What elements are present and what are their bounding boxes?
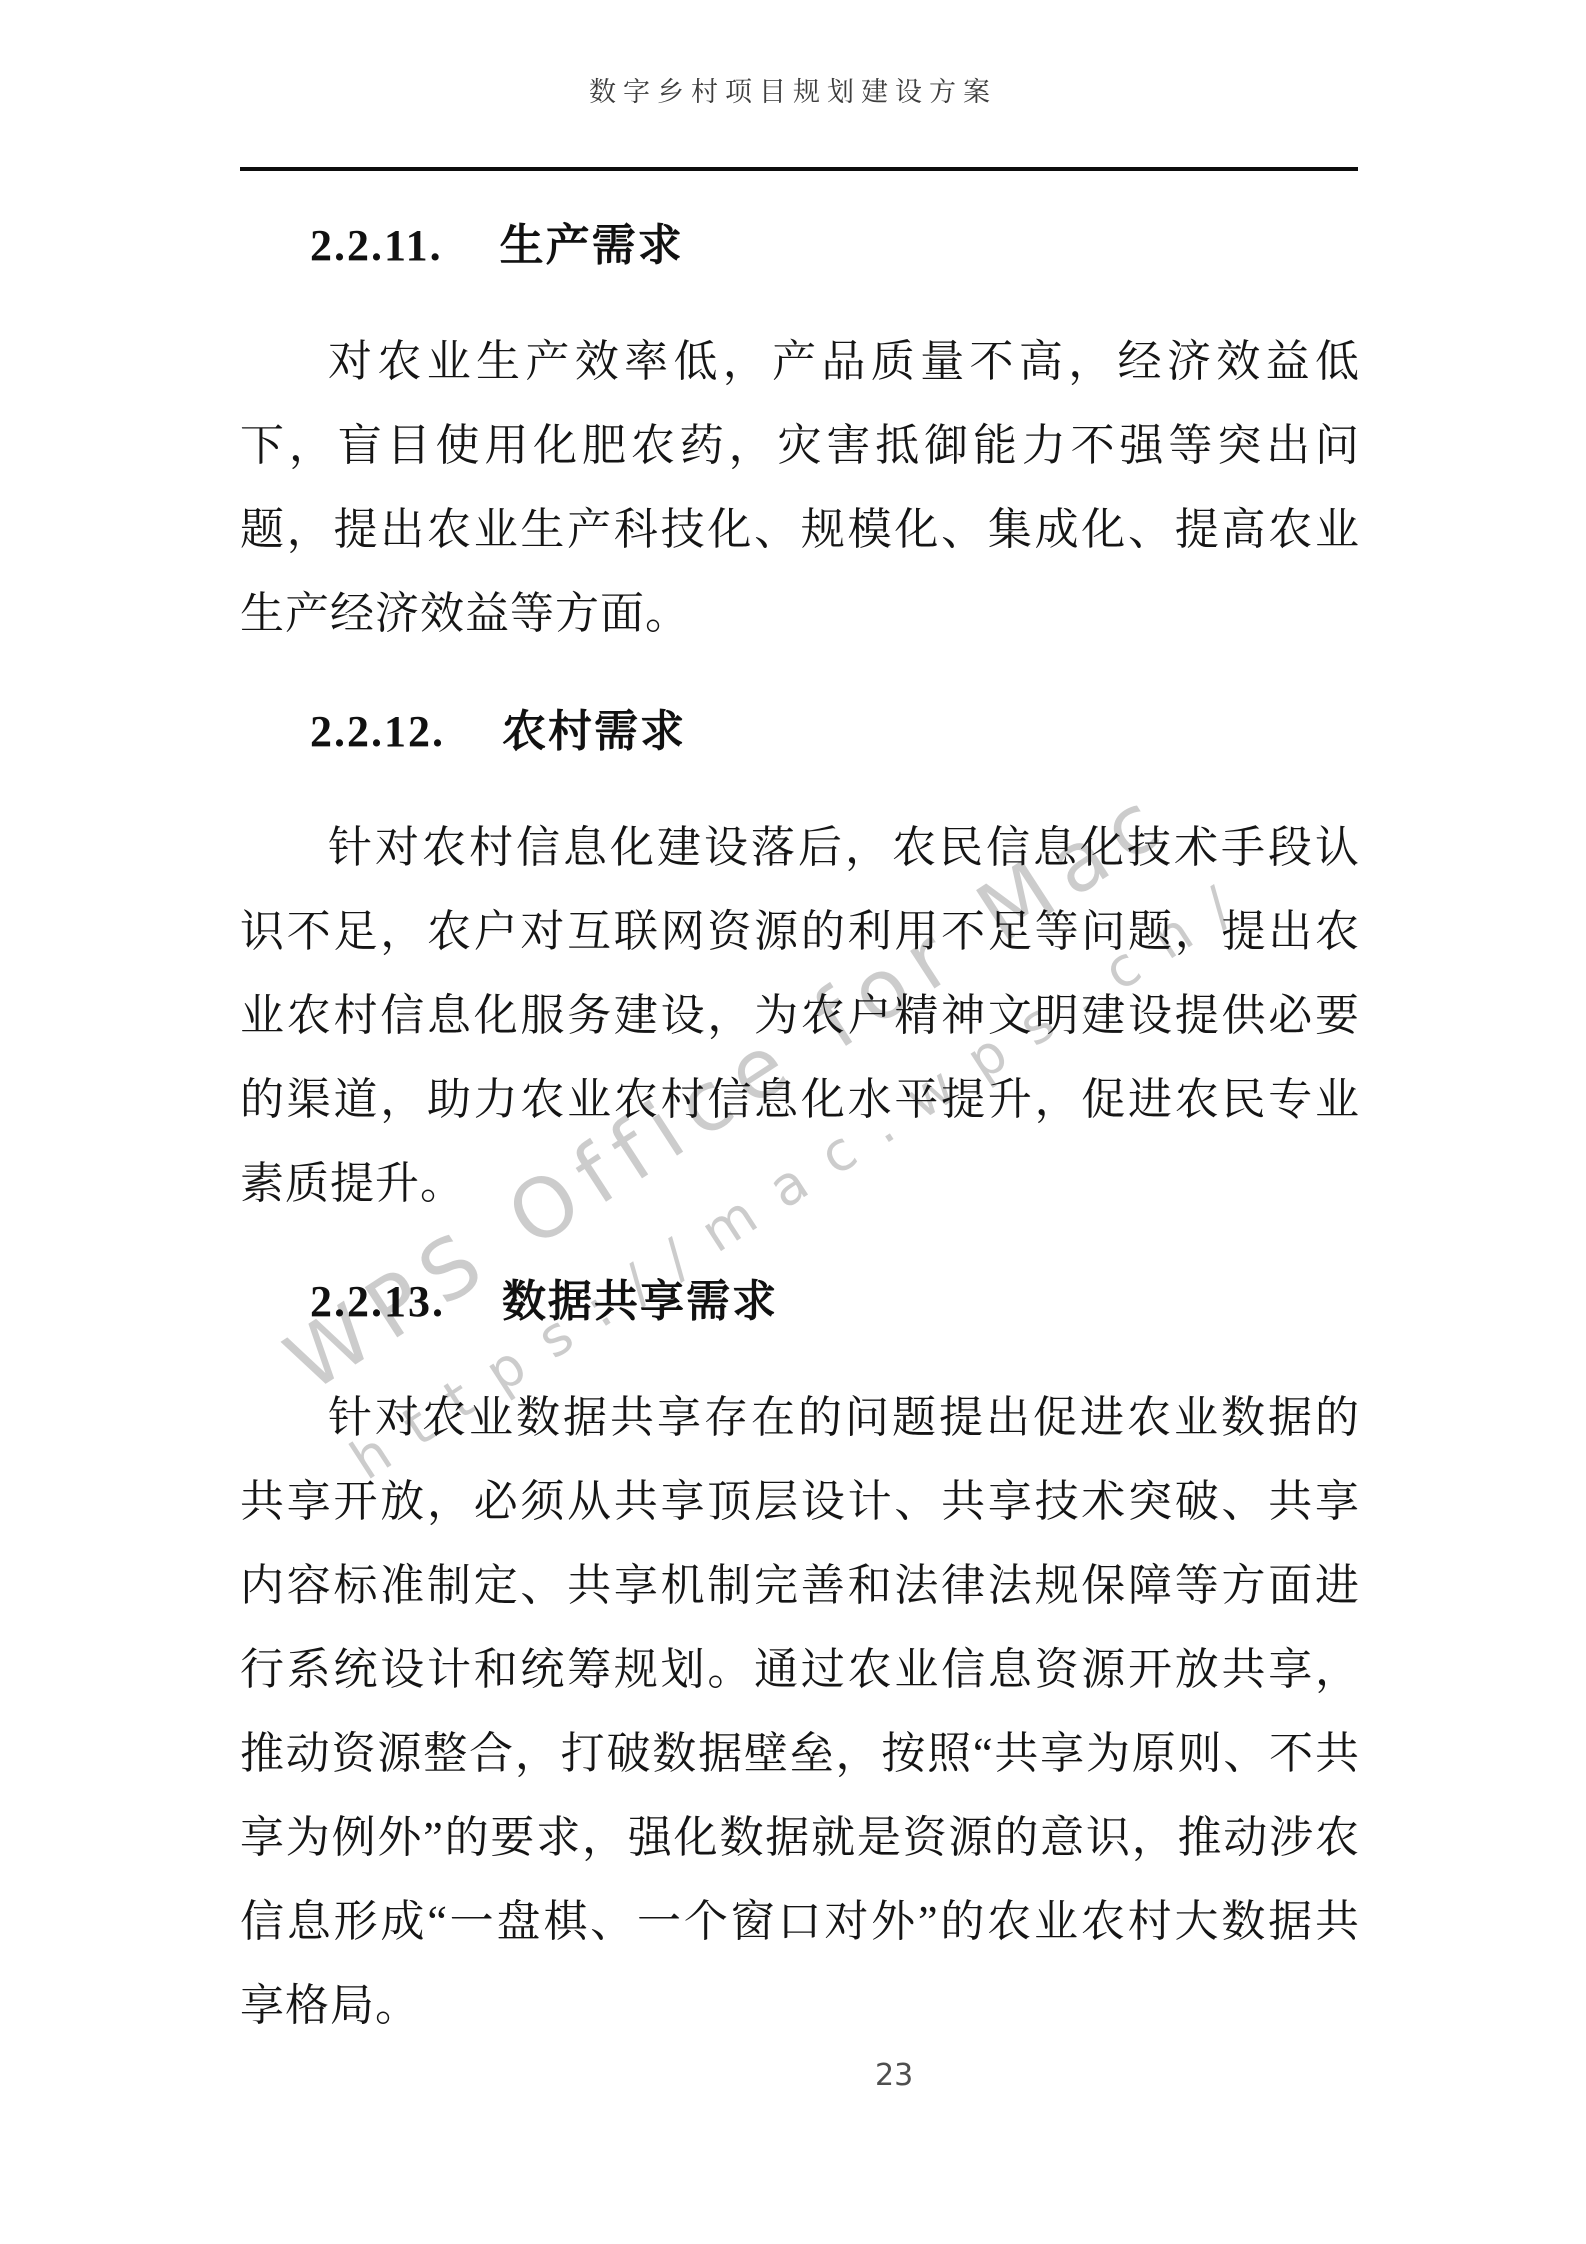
section-heading-2-2-12: 2.2.12. 农村需求 xyxy=(310,702,1360,762)
document-page: 数字乡村项目规划建设方案 WPS Office for Mac https://… xyxy=(0,0,1586,2244)
document-body: 2.2.11. 生产需求 对农业生产效率低，产品质量不高，经济效益低下，盲目使用… xyxy=(240,196,1360,2062)
page-number: 23 xyxy=(875,2058,913,2093)
header-title: 数字乡村项目规划建设方案 xyxy=(0,70,1586,109)
section-heading-2-2-13: 2.2.13. 数据共享需求 xyxy=(310,1272,1360,1332)
header-rule xyxy=(240,167,1358,171)
paragraph-production-demand: 对农业生产效率低，产品质量不高，经济效益低下，盲目使用化肥农药，灾害抵御能力不强… xyxy=(240,320,1360,656)
section-title: 数据共享需求 xyxy=(502,1277,778,1326)
section-number: 2.2.13. xyxy=(310,1277,445,1326)
section-heading-2-2-11: 2.2.11. 生产需求 xyxy=(310,216,1360,276)
paragraph-data-sharing-demand: 针对农业数据共享存在的问题提出促进农业数据的共享开放，必须从共享顶层设计、共享技… xyxy=(240,1376,1360,2048)
paragraph-rural-demand: 针对农村信息化建设落后，农民信息化技术手段认识不足，农户对互联网资源的利用不足等… xyxy=(240,806,1360,1226)
section-number: 2.2.11. xyxy=(310,221,443,270)
section-title: 农村需求 xyxy=(502,707,686,756)
section-title: 生产需求 xyxy=(500,221,684,270)
section-number: 2.2.12. xyxy=(310,707,445,756)
